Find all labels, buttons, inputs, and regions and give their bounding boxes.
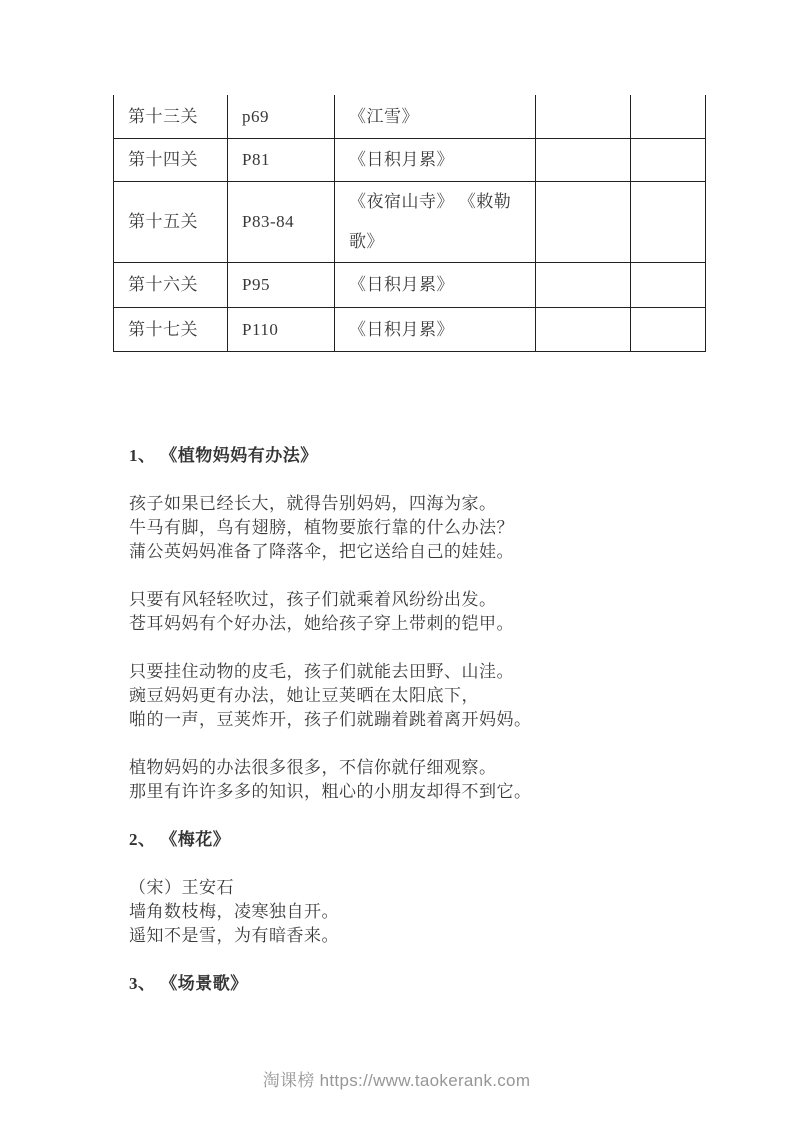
- lesson-checkpoint-table: 第十三关 p69 《江雪》 第十四关 P81 《日积月累》 第十五关 P83-8…: [113, 95, 706, 352]
- cell-empty: [631, 182, 706, 263]
- cell-content: 《江雪》: [335, 95, 536, 139]
- table-row: 第十三关 p69 《江雪》: [114, 95, 706, 139]
- cell-level: 第十六关: [114, 263, 228, 308]
- section-heading-1: 1、 《植物妈妈有办法》: [129, 444, 619, 468]
- section-heading-3: 3、 《场景歌》: [129, 972, 619, 996]
- cell-content: 《日积月累》: [335, 139, 536, 182]
- table-row: 第十五关 P83-84 《夜宿山寺》 《敕勒 歌》: [114, 182, 706, 263]
- footer-credit: 淘课榜 https://www.taokerank.com: [0, 1071, 793, 1091]
- section-heading-2: 2、 《梅花》: [129, 828, 619, 852]
- poem-paragraph: （宋）王安石 墙角数枝梅，凌寒独自开。 遥知不是雪，为有暗香来。: [129, 876, 619, 948]
- cell-empty: [631, 139, 706, 182]
- poem-paragraph: 植物妈妈的办法很多很多，不信你就仔细观察。 那里有许许多多的知识，粗心的小朋友却…: [129, 756, 619, 804]
- cell-empty: [536, 139, 631, 182]
- cell-empty: [536, 263, 631, 308]
- cell-page: P110: [228, 308, 335, 352]
- table-row: 第十四关 P81 《日积月累》: [114, 139, 706, 182]
- cell-page: P95: [228, 263, 335, 308]
- cell-level: 第十四关: [114, 139, 228, 182]
- poem-paragraph: 只要挂住动物的皮毛，孩子们就能去田野、山洼。 豌豆妈妈更有办法，她让豆荚晒在太阳…: [129, 660, 619, 732]
- cell-empty: [536, 182, 631, 263]
- cell-empty: [631, 263, 706, 308]
- table-row: 第十六关 P95 《日积月累》: [114, 263, 706, 308]
- cell-empty: [536, 308, 631, 352]
- cell-empty: [631, 308, 706, 352]
- cell-page: P83-84: [228, 182, 335, 263]
- cell-empty: [536, 95, 631, 139]
- cell-content: 《夜宿山寺》 《敕勒 歌》: [335, 182, 536, 263]
- cell-content: 《日积月累》: [335, 263, 536, 308]
- poems-content: 1、 《植物妈妈有办法》 孩子如果已经长大，就得告别妈妈，四海为家。 牛马有脚，…: [129, 444, 619, 1020]
- poem-paragraph: 只要有风轻轻吹过，孩子们就乘着风纷纷出发。 苍耳妈妈有个好办法，她给孩子穿上带刺…: [129, 588, 619, 636]
- cell-page: p69: [228, 95, 335, 139]
- cell-empty: [631, 95, 706, 139]
- poem-paragraph: 孩子如果已经长大，就得告别妈妈，四海为家。 牛马有脚，鸟有翅膀，植物要旅行靠的什…: [129, 492, 619, 564]
- cell-level: 第十五关: [114, 182, 228, 263]
- document-page: { "table": { "rows": [ ["第十三关", "p69", "…: [0, 0, 793, 1122]
- table-row: 第十七关 P110 《日积月累》: [114, 308, 706, 352]
- cell-content: 《日积月累》: [335, 308, 536, 352]
- cell-page: P81: [228, 139, 335, 182]
- cell-level: 第十三关: [114, 95, 228, 139]
- cell-level: 第十七关: [114, 308, 228, 352]
